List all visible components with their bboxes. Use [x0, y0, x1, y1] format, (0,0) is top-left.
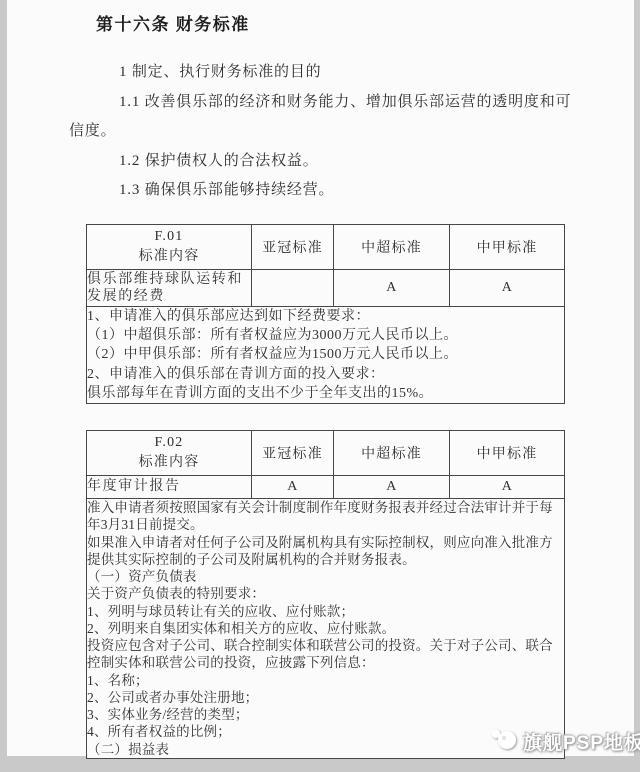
note-line: 俱乐部每年在青训方面的支出不少于全年支出的15%。 — [87, 384, 564, 403]
row-value-afc: A — [252, 476, 334, 499]
document-page: 第十六条 财务标准 1 制定、执行财务标准的目的 1.1 改善俱乐部的经济和财务… — [7, 0, 634, 756]
row-item-label: 俱乐部维持球队运转和发展的经费 — [87, 270, 252, 307]
table-notes-row: 1、申请准入的俱乐部应达到如下经费要求： （1）中超俱乐部：所有者权益应为300… — [87, 307, 565, 404]
note-line: 投资应包含对子公司、联合控制实体和联营公司的投资。关于对子公司、联合控制实体和联… — [87, 637, 564, 672]
note-line: （2）中甲俱乐部：所有者权益应为1500万元人民币以上。 — [87, 345, 564, 364]
note-line: 如果准入申请者对任何子公司及附属机构具有实际控制权，则应向准入批准方提供其实际控… — [87, 534, 564, 569]
row-item-label: 年度审计报告 — [87, 476, 252, 499]
table-row: 俱乐部维持球队运转和发展的经费 A A — [87, 270, 565, 307]
note-line: （1）中超俱乐部：所有者权益应为3000万元人民币以上。 — [87, 326, 564, 345]
row-value-csl: A — [334, 476, 450, 499]
standards-table-f01: F.01 标准内容 亚冠标准 中超标准 中甲标准 俱乐部维持球队运转和发展的经费… — [86, 224, 565, 404]
paragraph-1-3: 1.3 确保俱乐部能够持续经营。 — [69, 176, 574, 206]
standard-code: F.01 — [87, 227, 251, 247]
table-header-row: F.02 标准内容 亚冠标准 中超标准 中甲标准 — [87, 431, 565, 476]
watermark-logo-icon — [490, 728, 518, 755]
watermark-text: 旗舰PSP地板 — [523, 728, 640, 755]
header-cell-league-one: 中甲标准 — [450, 225, 565, 270]
table-notes-row: 准入申请者须按照国家有关会计制度制作年度财务报表并经过合法审计并于每年3月31日… — [87, 499, 565, 759]
row-value-league-one: A — [450, 270, 565, 307]
row-value-afc — [252, 270, 334, 307]
header-cell-afc: 亚冠标准 — [252, 225, 334, 270]
note-line: 3、实体业务/经营的类型； — [87, 706, 564, 723]
paragraph-purpose: 1 制定、执行财务标准的目的 — [69, 58, 574, 88]
table-header-row: F.01 标准内容 亚冠标准 中超标准 中甲标准 — [87, 225, 565, 270]
standard-content-label: 标准内容 — [87, 453, 251, 473]
document-body: 第十六条 财务标准 1 制定、执行财务标准的目的 1.1 改善俱乐部的经济和财务… — [69, 0, 574, 206]
paragraph-1-2: 1.2 保护债权人的合法权益。 — [69, 147, 574, 177]
note-line: （一）资产负债表 — [87, 568, 564, 585]
row-value-league-one: A — [450, 476, 565, 499]
note-line: 2、申请准入的俱乐部在青训方面的投入要求： — [87, 365, 564, 384]
watermark: 旗舰PSP地板 — [490, 728, 640, 755]
header-cell-league-one: 中甲标准 — [450, 431, 565, 476]
standard-content-label: 标准内容 — [87, 247, 251, 267]
note-line: 关于资产负债表的特别要求： — [87, 585, 564, 602]
note-line: 准入申请者须按照国家有关会计制度制作年度财务报表并经过合法审计并于每年3月31日… — [87, 499, 564, 534]
paragraph-1-1: 1.1 改善俱乐部的经济和财务能力、增加俱乐部运营的透明度和可信度。 — [69, 88, 574, 147]
header-cell-code: F.01 标准内容 — [87, 225, 252, 270]
notes-cell: 准入申请者须按照国家有关会计制度制作年度财务报表并经过合法审计并于每年3月31日… — [87, 499, 565, 759]
note-line: 2、公司或者办事处注册地； — [87, 689, 564, 706]
table-row: 年度审计报告 A A A — [87, 476, 565, 499]
standards-table-f02: F.02 标准内容 亚冠标准 中超标准 中甲标准 年度审计报告 A A A 准入… — [86, 430, 565, 759]
page-title: 第十六条 财务标准 — [96, 10, 574, 35]
standard-code: F.02 — [87, 433, 251, 453]
note-line: 2、列明来自集团实体和相关方的应收、应付账款。 — [87, 620, 564, 637]
row-value-csl: A — [334, 270, 450, 307]
header-cell-afc: 亚冠标准 — [252, 431, 334, 476]
header-cell-csl: 中超标准 — [334, 431, 450, 476]
note-line: 1、列明与球员转让有关的应收、应付账款； — [87, 603, 564, 620]
note-line: 1、申请准入的俱乐部应达到如下经费要求： — [87, 307, 564, 326]
note-line: 1、名称； — [87, 672, 564, 689]
notes-cell: 1、申请准入的俱乐部应达到如下经费要求： （1）中超俱乐部：所有者权益应为300… — [87, 307, 565, 404]
header-cell-csl: 中超标准 — [334, 225, 450, 270]
header-cell-code: F.02 标准内容 — [87, 431, 252, 476]
